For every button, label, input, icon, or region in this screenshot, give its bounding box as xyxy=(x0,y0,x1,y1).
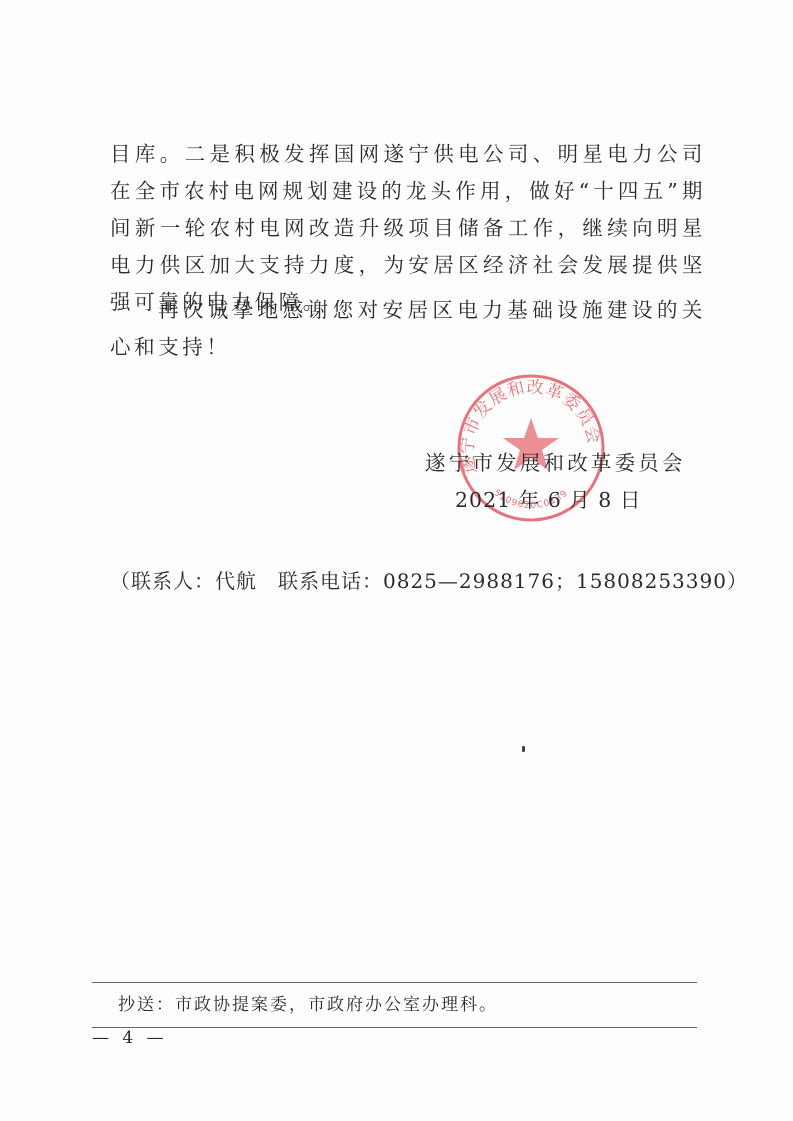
signature-organization: 遂宁市发展和改革委员会 xyxy=(425,446,686,476)
body-paragraph-2: 再次诚挚地感谢您对安居区电力基础设施建设的关心和支持！ xyxy=(110,292,706,366)
footer-divider-top xyxy=(92,982,697,983)
page-number: — 4 — xyxy=(92,1028,168,1048)
cc-line: 抄送：市政协提案委，市政府办公室办理科。 xyxy=(118,990,498,1015)
signature-date: 2021 年 6 月 8 日 xyxy=(455,483,641,513)
footer-divider-bottom xyxy=(92,1027,697,1028)
contact-info: （联系人：代航 联系电话：0825—2988176；15808253390） xyxy=(110,565,748,594)
scan-speck xyxy=(522,746,525,752)
document-page: 目库。二是积极发挥国网遂宁供电公司、明星电力公司在全市农村电网规划建设的龙头作用… xyxy=(0,0,793,1121)
